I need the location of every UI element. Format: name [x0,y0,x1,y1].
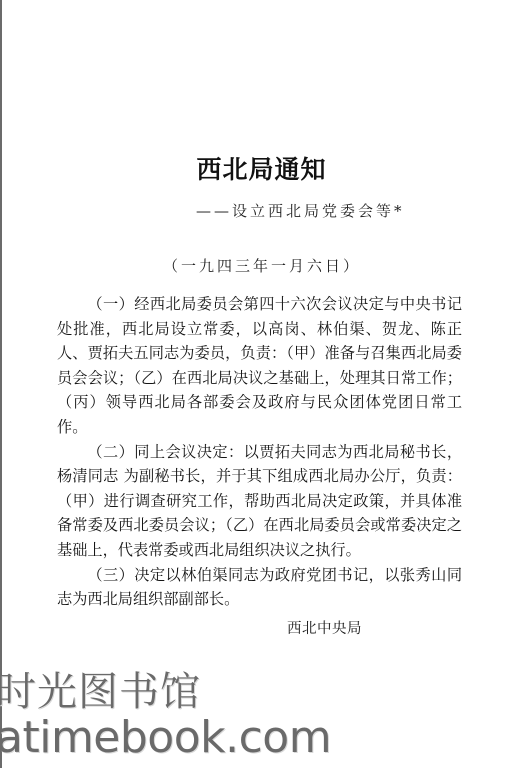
page-left-edge [0,0,2,768]
watermark-url: atimebook.com [0,712,331,763]
paragraph-1: （一）经西北局委员会第四十六次会议决定与中央书记处批准，西北局设立常委，以高岗、… [57,292,462,440]
document-signature: 西北中央局 [287,617,362,638]
document-title: 西北局通知 [0,150,523,186]
paragraph-2: （二）同上会议决定：以贾拓夫同志为西北局秘书长，杨清同志 为副秘书长，并于其下组… [57,440,462,563]
document-body: （一）经西北局委员会第四十六次会议决定与中央书记处批准，西北局设立常委，以高岗、… [57,292,462,612]
paragraph-3: （三）决定以林伯渠同志为政府党团书记，以张秀山同志为西北局组织部副部长。 [57,563,462,612]
document-subtitle: ——设立西北局党委会等* [196,200,405,221]
document-date: （一九四三年一月六日） [163,255,361,276]
watermark-chinese: 时光图书馆 [0,660,201,717]
